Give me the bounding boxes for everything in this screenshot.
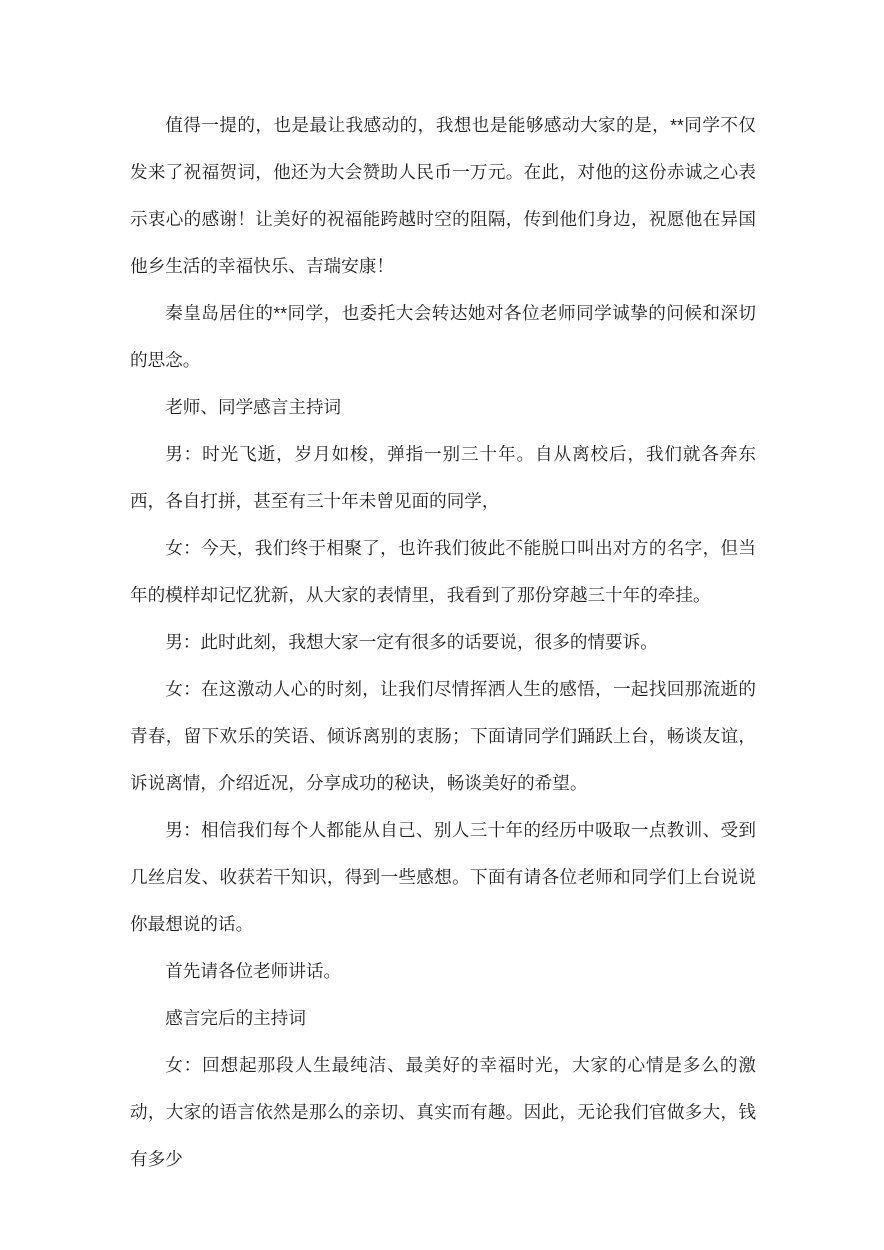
paragraph: 男：此时此刻，我想大家一定有很多的话要说，很多的情要诉。 [130,619,756,666]
paragraph: 首先请各位老师讲话。 [130,948,756,995]
paragraph: 感言完后的主持词 [130,995,756,1042]
paragraph: 男：相信我们每个人都能从自己、别人三十年的经历中吸取一点教训、受到几丝启发、收获… [130,807,756,948]
paragraph: 秦皇岛居住的**同学，也委托大会转达她对各位老师同学诚挚的问候和深切的思念。 [130,290,756,384]
paragraph: 值得一提的，也是最让我感动的，我想也是能够感动大家的是，**同学不仅发来了祝福贺… [130,102,756,290]
paragraph: 女：在这激动人心的时刻，让我们尽情挥洒人生的感悟，一起找回那流逝的青春，留下欢乐… [130,666,756,807]
document-content: 值得一提的，也是最让我感动的，我想也是能够感动大家的是，**同学不仅发来了祝福贺… [130,102,756,1183]
paragraph: 女：回想起那段人生最纯洁、最美好的幸福时光，大家的心情是多么的激动，大家的语言依… [130,1042,756,1183]
paragraph: 男：时光飞逝，岁月如梭，弹指一别三十年。自从离校后，我们就各奔东西，各自打拼，甚… [130,431,756,525]
paragraph: 老师、同学感言主持词 [130,384,756,431]
paragraph: 女：今天，我们终于相聚了，也许我们彼此不能脱口叫出对方的名字，但当年的模样却记忆… [130,525,756,619]
document-page: 值得一提的，也是最让我感动的，我想也是能够感动大家的是，**同学不仅发来了祝福贺… [0,0,884,1250]
